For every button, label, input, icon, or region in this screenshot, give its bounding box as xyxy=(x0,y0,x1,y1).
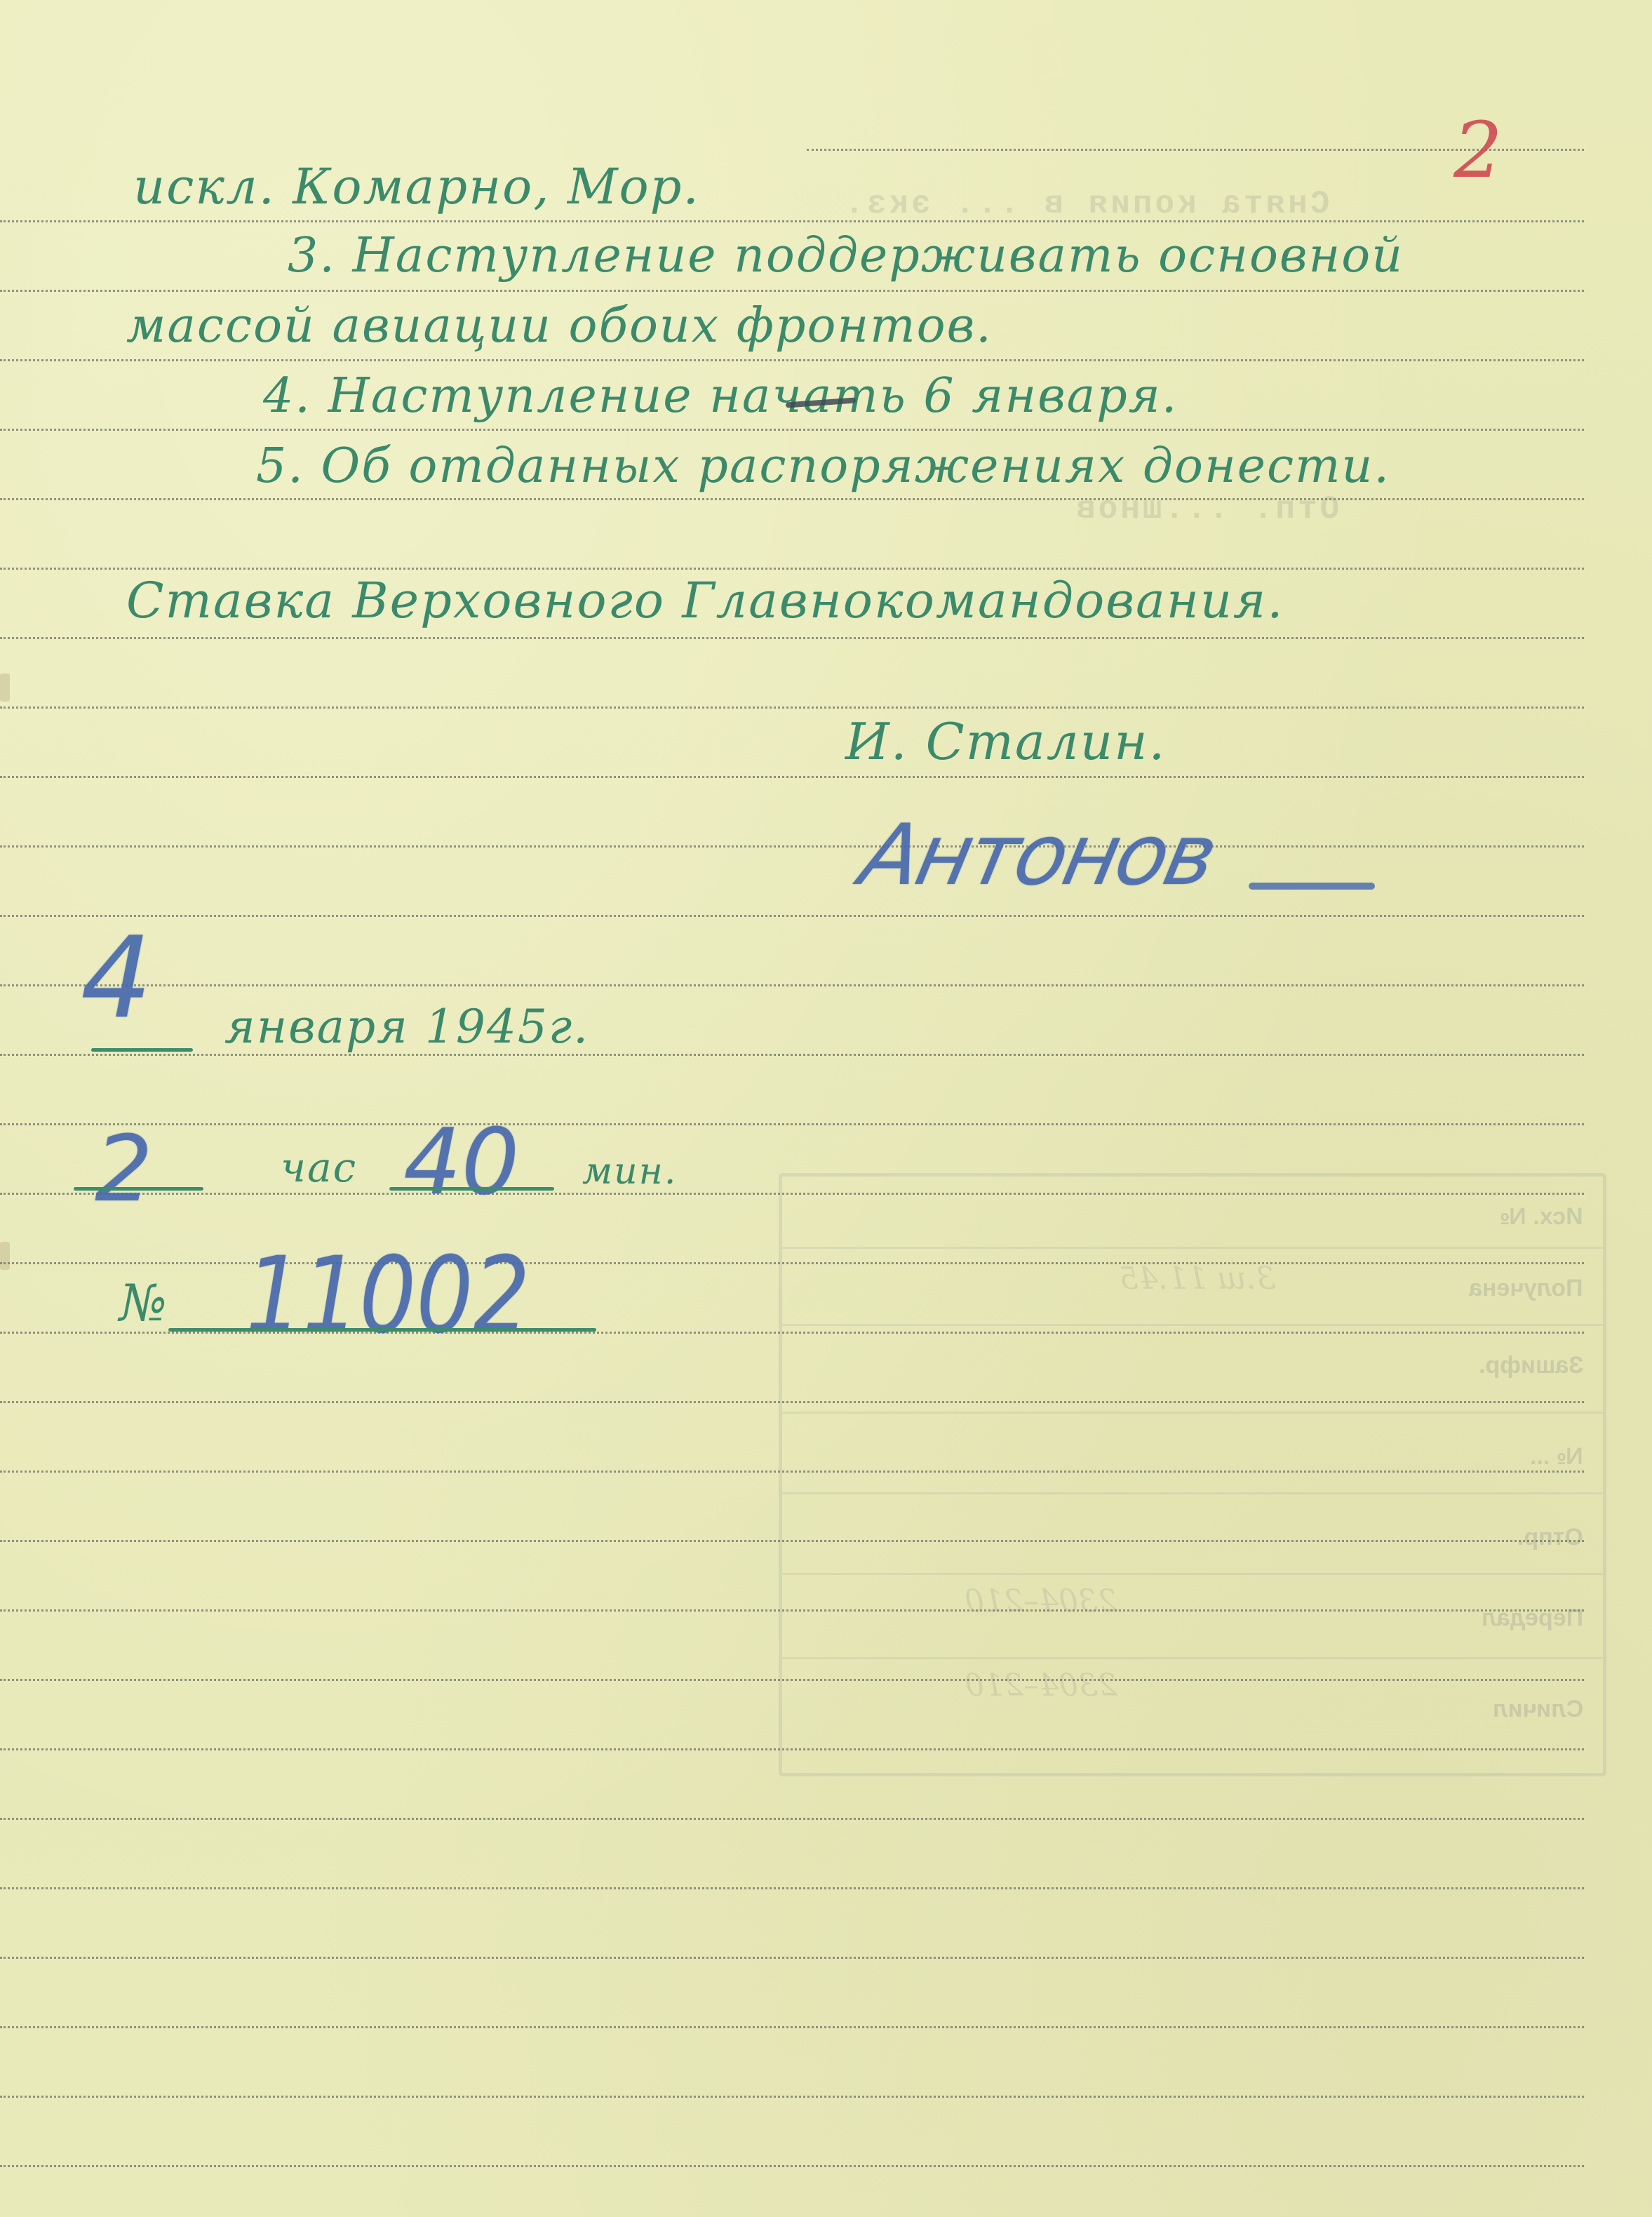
stamp-value: 2304–210 xyxy=(965,1668,1117,1703)
stamp-label: Сличил xyxy=(1493,1696,1583,1723)
date-day: 4 xyxy=(81,912,152,1043)
time-hour: 2 xyxy=(95,1116,153,1222)
document-number-underline xyxy=(168,1328,596,1332)
time-minutes: 40 xyxy=(403,1108,519,1215)
body-line-5: 5. Об отданных распоряжениях донести. xyxy=(256,438,1390,494)
stamp-row xyxy=(782,1324,1603,1326)
rule-line xyxy=(0,845,1584,848)
date-day-underline xyxy=(91,1048,193,1052)
signature-flourish xyxy=(1249,883,1375,890)
body-line-3: массой авиации обоих фронтов. xyxy=(126,298,993,354)
rule-line xyxy=(0,429,1584,431)
time-hour-underline xyxy=(74,1187,203,1191)
stamp-label: Исх. № xyxy=(1500,1203,1583,1231)
rule-line xyxy=(0,1123,1584,1125)
rule-line xyxy=(0,1887,1584,1889)
rule-line xyxy=(0,1957,1584,1959)
date-month-year: января 1945г. xyxy=(224,1000,589,1054)
rule-line xyxy=(0,498,1584,500)
stamp-row xyxy=(782,1412,1603,1414)
rule-line xyxy=(0,706,1584,709)
body-line-1: искл. Комарно, Мор. xyxy=(133,158,700,215)
page-number: 2 xyxy=(1453,105,1503,195)
rule-line xyxy=(0,915,1584,917)
stamp-row xyxy=(782,1573,1603,1575)
stamp-label: Зашифр. xyxy=(1479,1352,1583,1379)
time-minutes-underline xyxy=(389,1187,554,1191)
rule-line xyxy=(0,776,1584,778)
rule-line xyxy=(0,290,1584,292)
stamp-row xyxy=(782,1247,1603,1249)
rule-line xyxy=(0,359,1584,361)
stamp-row xyxy=(782,1657,1603,1659)
bleed-through-text: Отп. ...шнов xyxy=(1073,491,1339,528)
stamp-value: 3.ш 11.45 xyxy=(1119,1261,1276,1297)
time-minutes-label: мин. xyxy=(582,1151,677,1193)
binding-stain xyxy=(0,674,10,702)
signatory-name: И. Сталин. xyxy=(845,712,1166,771)
rule-line xyxy=(0,637,1584,639)
handwritten-signature: Антонов xyxy=(852,807,1223,904)
body-line-2: 3. Наступление поддерживать основной xyxy=(288,228,1404,283)
rule-line xyxy=(0,984,1584,986)
time-hour-label: час xyxy=(281,1144,357,1191)
rule-line xyxy=(0,2096,1584,2098)
stamp-row xyxy=(782,1492,1603,1494)
bleed-through-stamp: Исх. № Получена Зашифр. № ... Отпр. Пере… xyxy=(779,1173,1606,1776)
stamp-label: Отпр. xyxy=(1517,1524,1583,1551)
bleed-through-text: Снята копия в ... экз. xyxy=(842,186,1329,222)
rule-line xyxy=(0,1054,1584,1056)
rule-line xyxy=(0,220,1584,222)
rule-line xyxy=(0,2026,1584,2028)
rule-line xyxy=(0,2165,1584,2167)
stamp-label: Передал xyxy=(1482,1605,1583,1632)
number-prefix: № xyxy=(119,1273,168,1332)
binding-stain xyxy=(0,1242,10,1270)
stamp-value: 2304–210 xyxy=(965,1583,1117,1619)
issuer-line: Ставка Верховного Главнокомандования. xyxy=(126,572,1284,629)
rule-line xyxy=(0,568,1584,570)
stamp-label: № ... xyxy=(1530,1443,1583,1471)
rule-line xyxy=(0,1818,1584,1820)
document-number: 11002 xyxy=(246,1235,530,1357)
body-line-4: 4. Наступление начать 6 января. xyxy=(263,368,1178,424)
stamp-label: Получена xyxy=(1469,1275,1583,1302)
document-page: Снята копия в ... экз. Отп. ...шнов Исх.… xyxy=(0,0,1652,2217)
